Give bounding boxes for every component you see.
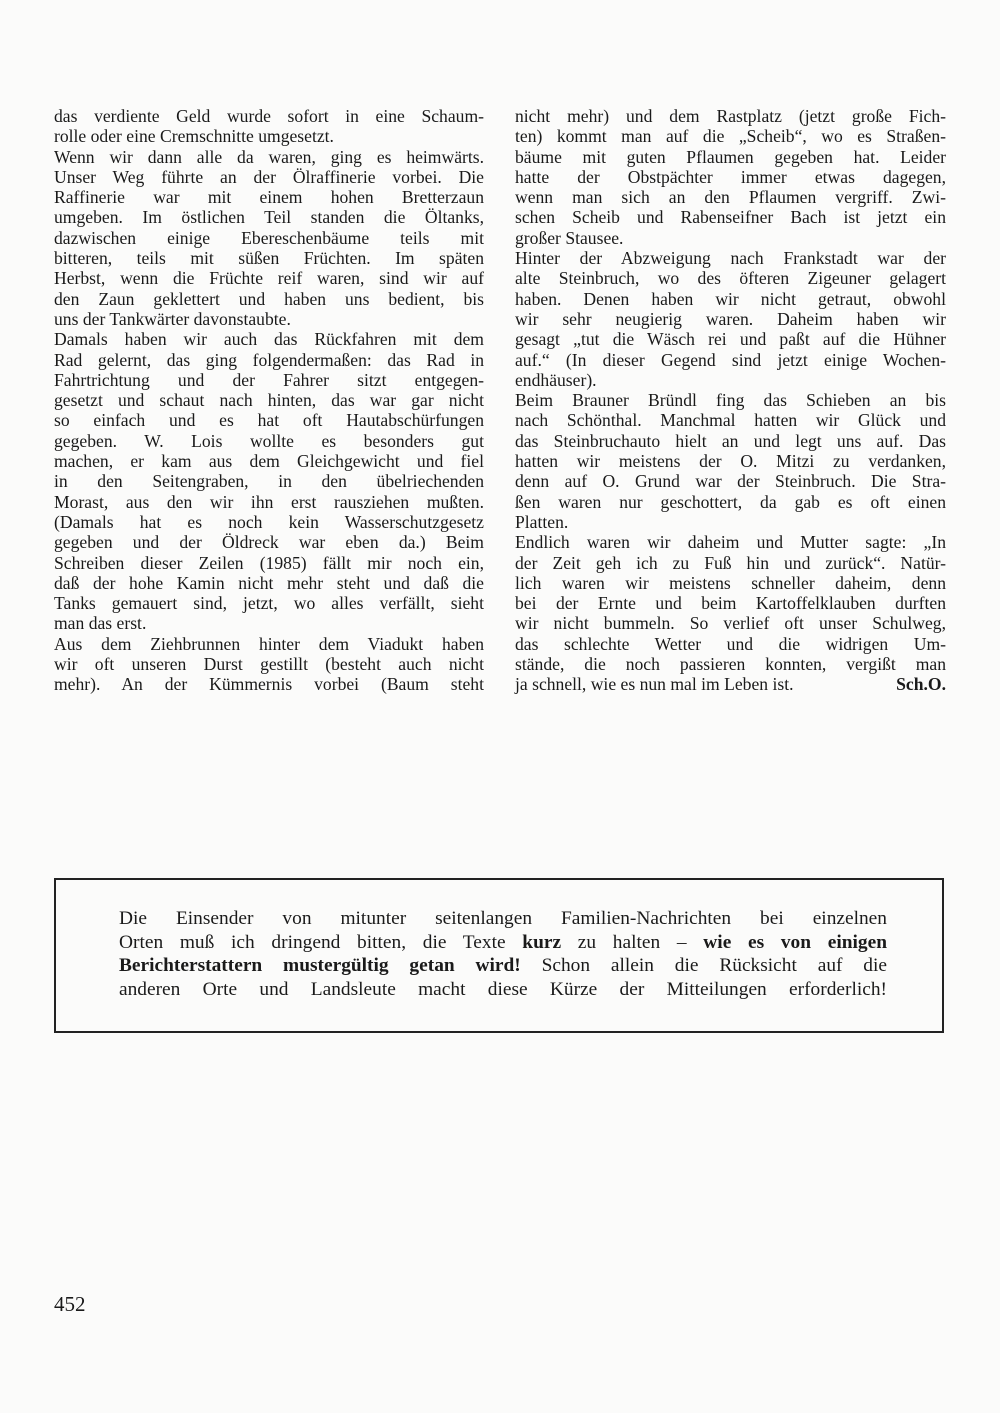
- text-line: gegeben und der Öldreck war eben da.) Be…: [54, 532, 484, 552]
- notice-emphasis: wie es von einigen: [703, 932, 887, 953]
- text-line: Fahrtrichtung und der Fahrer sitzt entge…: [54, 370, 484, 390]
- notice-text-run: Schon allein die Rücksicht auf die: [521, 955, 887, 976]
- text-line: Rad gelernt, das ging folgendermaßen: da…: [54, 350, 484, 370]
- text-line: bei der Ernte und beim Kartoffelklauben …: [515, 593, 946, 613]
- text-line: daß der hohe Kamin nicht mehr steht und …: [54, 573, 484, 593]
- text-line: hatte der Obstpächter immer etwas dagege…: [515, 167, 946, 187]
- editor-notice-text: Die Einsender von mitunter seitenlangen …: [119, 907, 887, 1001]
- text-line: das verdiente Geld wurde sofort in eine …: [54, 106, 484, 126]
- notice-emphasis: Berichterstattern mustergültig getan wir…: [119, 955, 521, 976]
- text-line: uns der Tankwärter davonstaubte.: [54, 309, 484, 329]
- editor-notice-box: Die Einsender von mitunter seitenlangen …: [54, 878, 944, 1033]
- text-line: machen, er kam aus dem Gleichgewicht und…: [54, 451, 484, 471]
- text-line: dazwischen einige Ebereschenbäume teils …: [54, 228, 484, 248]
- text-line: hatten wir meistens der O. Mitzi zu verd…: [515, 451, 946, 471]
- notice-emphasis: kurz: [522, 932, 561, 953]
- left-column: das verdiente Geld wurde sofort in eine …: [54, 106, 484, 695]
- closing-line: ja schnell, wie es nun mal im Leben ist.…: [515, 674, 946, 694]
- text-line: wenn man sich an den Pflaumen vergriff. …: [515, 187, 946, 207]
- text-line: umgeben. Im östlichen Teil standen die Ö…: [54, 207, 484, 227]
- text-line: das schlechte Wetter und die widrigen Um…: [515, 634, 946, 654]
- text-line: wir oft unseren Durst gestillt (besteht …: [54, 654, 484, 674]
- text-line: Raffinerie war mit einem hohen Bretterza…: [54, 187, 484, 207]
- text-line: lich waren wir meistens schneller daheim…: [515, 573, 946, 593]
- text-line: Tanks gemauert sind, jetzt, wo alles ver…: [54, 593, 484, 613]
- text-line: das Steinbruchauto hielt an und legt uns…: [515, 431, 946, 451]
- text-line: Damals haben wir auch das Rückfahren mit…: [54, 329, 484, 349]
- notice-line: Orten muß ich dringend bitten, die Texte…: [119, 931, 887, 955]
- text-line: so einfach und es hat oft Hautabschürfun…: [54, 410, 484, 430]
- notice-text-run: Orten muß ich dringend bitten, die Texte: [119, 932, 522, 953]
- text-line: Wenn wir dann alle da waren, ging es hei…: [54, 147, 484, 167]
- text-line: mehr). An der Kümmernis vorbei (Baum ste…: [54, 674, 484, 694]
- page-number: 452: [54, 1292, 86, 1316]
- text-line: denn auf O. Grund war der Steinbruch. Di…: [515, 471, 946, 491]
- text-line: wir nicht bummeln. So verlief oft unser …: [515, 613, 946, 633]
- text-line: Unser Weg führte an der Ölraffinerie vor…: [54, 167, 484, 187]
- text-line: wir sehr neugierig waren. Daheim haben w…: [515, 309, 946, 329]
- text-line: man das erst.: [54, 613, 484, 633]
- text-line: gegeben. W. Lois wollte es besonders gut: [54, 431, 484, 451]
- text-line: alte Steinbruch, wo des öfteren Zigeuner…: [515, 268, 946, 288]
- text-line: Aus dem Ziehbrunnen hinter dem Viadukt h…: [54, 634, 484, 654]
- text-line: rolle oder eine Cremschnitte umgesetzt.: [54, 126, 484, 146]
- text-line: Morast, aus den wir ihn erst rausziehen …: [54, 492, 484, 512]
- text-line: der Zeit geh ich zu Fuß hin und zurück“.…: [515, 553, 946, 573]
- text-line: Platten.: [515, 512, 946, 532]
- text-line: ßen waren nur geschottert, da gab es oft…: [515, 492, 946, 512]
- text-line: (Damals hat es noch kein Wasserschutzges…: [54, 512, 484, 532]
- text-line: stände, die noch passieren konnten, verg…: [515, 654, 946, 674]
- text-line: nicht mehr) und dem Rastplatz (jetzt gro…: [515, 106, 946, 126]
- text-line: ten) kommt man auf die „Scheib“, wo es S…: [515, 126, 946, 146]
- text-line: haben. Denen haben wir nicht getraut, ob…: [515, 289, 946, 309]
- notice-line: anderen Orte und Landsleute macht diese …: [119, 978, 887, 1002]
- text-line: Schreiben dieser Zeilen (1985) fällt mir…: [54, 553, 484, 573]
- text-line: nach Schönthal. Manchmal hatten wir Glüc…: [515, 410, 946, 430]
- text-line: gesetzt und schaut nach hinten, das war …: [54, 390, 484, 410]
- text-line: gesagt „tut die Wäsch rei und paßt auf d…: [515, 329, 946, 349]
- notice-line: Die Einsender von mitunter seitenlangen …: [119, 907, 887, 931]
- text-line: Herbst, wenn die Früchte reif waren, sin…: [54, 268, 484, 288]
- text-line: den Zaun geklettert und haben uns bedien…: [54, 289, 484, 309]
- notice-line: Berichterstattern mustergültig getan wir…: [119, 954, 887, 978]
- text-line: Beim Brauner Bründl fing das Schieben an…: [515, 390, 946, 410]
- text-line: schen Scheib und Rabenseifner Bach ist j…: [515, 207, 946, 227]
- text-line: großer Stausee.: [515, 228, 946, 248]
- text-line: Hinter der Abzweigung nach Frankstadt wa…: [515, 248, 946, 268]
- right-column: nicht mehr) und dem Rastplatz (jetzt gro…: [515, 106, 946, 695]
- text-line: ja schnell, wie es nun mal im Leben ist.: [515, 674, 794, 694]
- author-signature: Sch.O.: [896, 674, 946, 694]
- text-line: in den Seitengraben, in den übelriechend…: [54, 471, 484, 491]
- text-line: endhäuser).: [515, 370, 946, 390]
- text-line: auf.“ (In dieser Gegend sind jetzt einig…: [515, 350, 946, 370]
- text-line: Endlich waren wir daheim und Mutter sagt…: [515, 532, 946, 552]
- text-line: bitteren, teils mit süßen Früchten. Im s…: [54, 248, 484, 268]
- text-line: bäume mit guten Pflaumen gegeben hat. Le…: [515, 147, 946, 167]
- notice-text-run: zu halten –: [561, 932, 703, 953]
